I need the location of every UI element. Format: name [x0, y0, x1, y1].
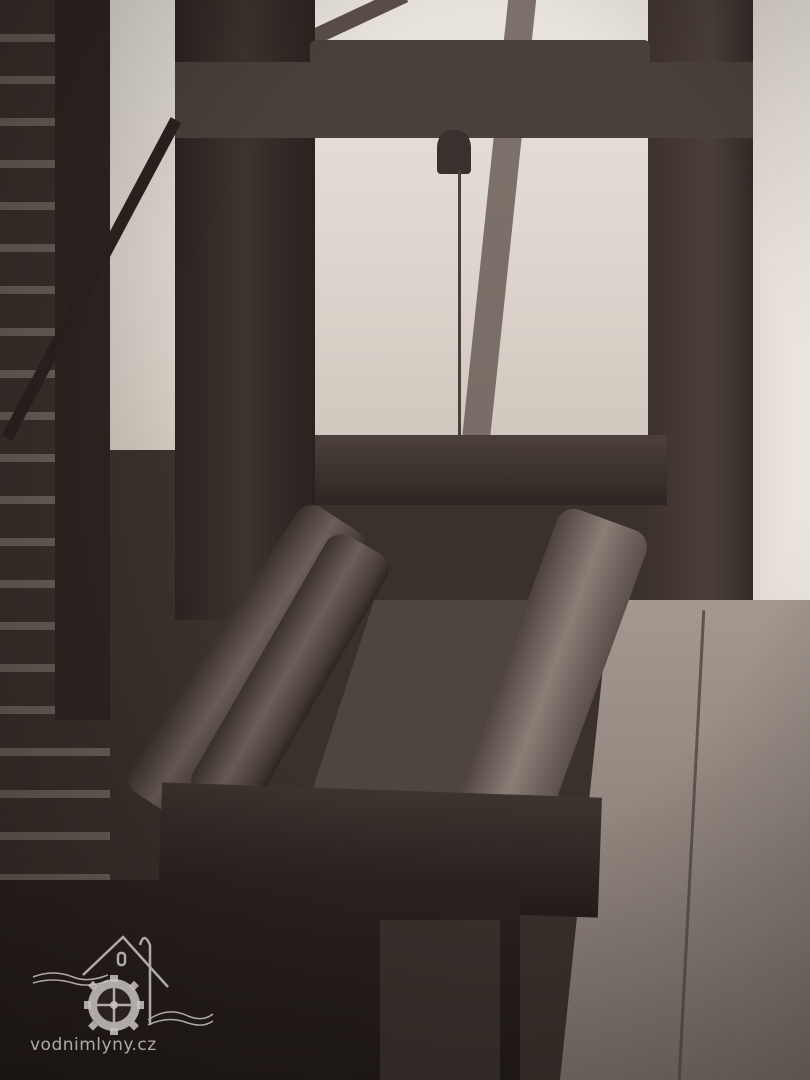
left-post	[55, 0, 110, 720]
foreground-block	[380, 920, 500, 1080]
saw-frame-crossbeam	[175, 62, 753, 138]
sawmill-photo: vodnimlyny.cz	[0, 0, 810, 1080]
watermark-text: vodnimlyny.cz	[30, 1035, 157, 1055]
watermark: vodnimlyny.cz	[28, 925, 228, 1065]
watermill-house-gear-icon	[28, 925, 228, 1035]
hanging-weight	[437, 130, 471, 174]
saw-gate-sill	[315, 435, 667, 505]
rope	[458, 170, 461, 440]
